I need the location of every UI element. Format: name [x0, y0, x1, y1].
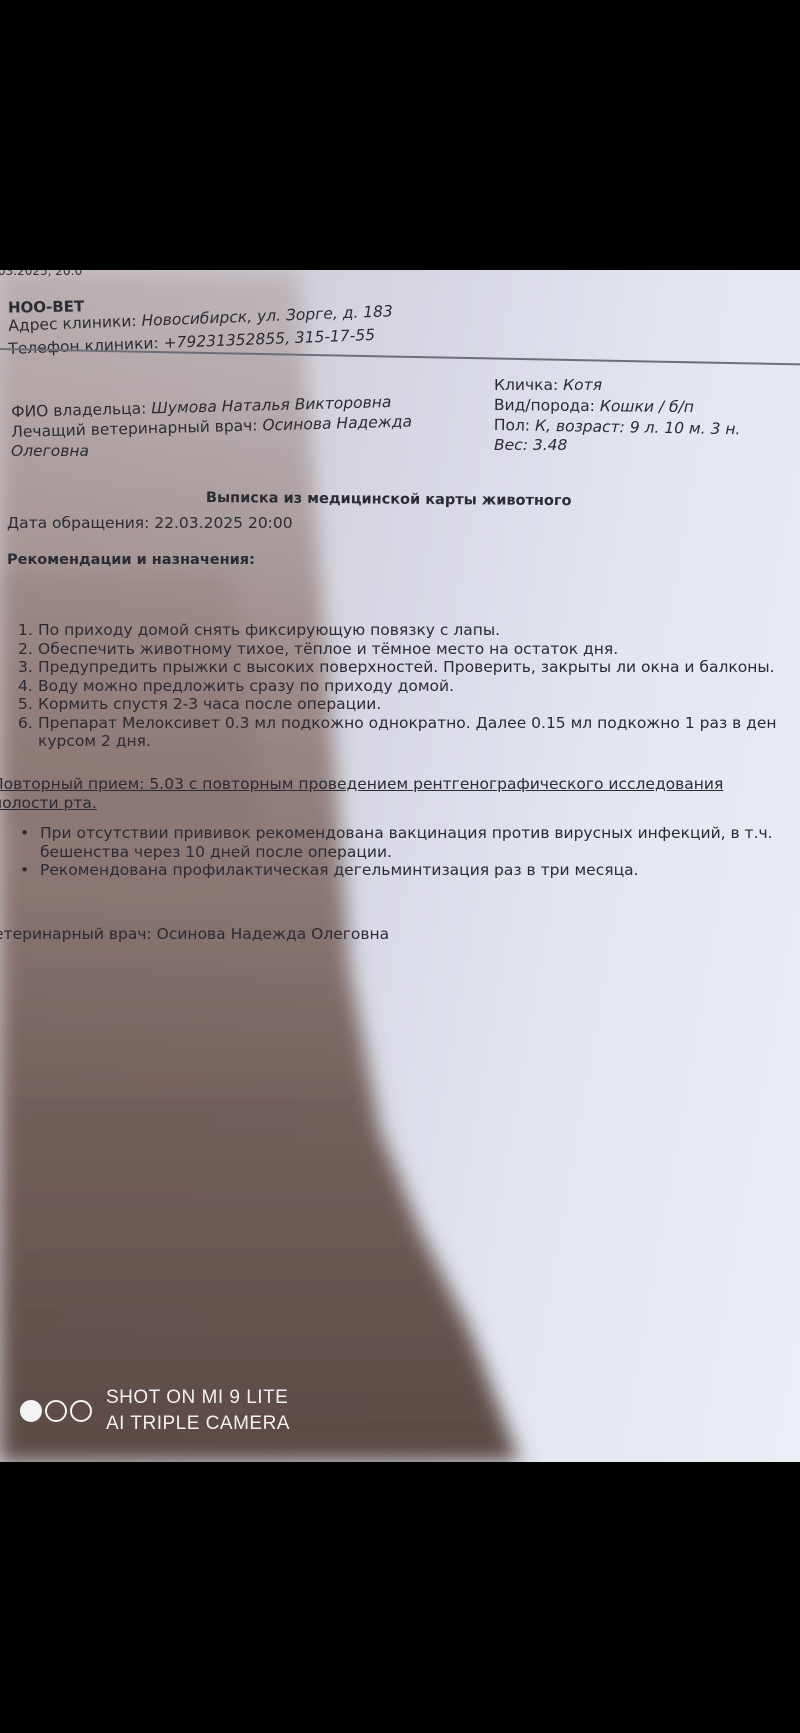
list-number: 1. [18, 621, 33, 640]
pet-species-label: Вид/порода: [494, 396, 595, 415]
note-text: бешенства через 10 дней после операции. [40, 843, 392, 861]
clinic-phone-value: +79231352855, 315-17-55 [163, 326, 375, 352]
recommendations-list: 1.По приходу домой снять фиксирующую пов… [18, 621, 777, 751]
list-number: 2. [18, 640, 33, 659]
list-item: 2.Обеспечить животному тихое, тёплое и т… [18, 640, 777, 659]
triple-camera-circles-icon [20, 1400, 92, 1422]
recommendations-heading: Рекомендации и назначения: [7, 552, 255, 568]
list-text: Предупредить прыжки с высоких поверхност… [38, 658, 775, 676]
pet-species-line: Вид/порода: Кошки / б/п [494, 396, 694, 416]
note-text: При отсутствии прививок рекомендована ва… [40, 824, 773, 842]
follow-up-line: полости рта. [0, 794, 723, 813]
vet-discharge-document: 03.2025, 20:0 НОО-ВЕТ Адрес клиники: Нов… [0, 270, 800, 1462]
clinic-phone-label: Телефон клиники: [8, 334, 159, 358]
vet-label: Лечащий ветеринарный врач: [11, 417, 258, 441]
watermark-line: AI TRIPLE CAMERA [106, 1411, 290, 1437]
pet-weight-value: 3.48 [533, 436, 568, 454]
list-number: 5. [18, 695, 33, 714]
camera-watermark: SHOT ON MI 9 LITE AI TRIPLE CAMERA [20, 1385, 290, 1437]
list-text: По приходу домой снять фиксирующую повяз… [38, 621, 500, 639]
pet-weight-label: Вес: [494, 436, 528, 454]
pet-name-value: Котя [563, 376, 602, 394]
pet-sex-label: Пол: [494, 416, 531, 435]
list-text: Кормить спустя 2-3 часа после операции. [38, 695, 381, 713]
pet-name-line: Кличка: Котя [494, 376, 602, 394]
visit-date: Дата обращения: 22.03.2025 20:00 [7, 514, 293, 532]
list-number: 6. [18, 714, 33, 733]
list-item-cont: курсом 2 дня. [18, 732, 777, 751]
pet-weight-line: Вес: 3.48 [494, 436, 567, 454]
cut-off-header: 03.2025, 20:0 [0, 270, 82, 278]
note-item: •Рекомендована профилактическая дегельми… [20, 861, 773, 880]
clinic-address-label: Адрес клиники: [8, 312, 137, 335]
pet-species-value: Кошки / б/п [600, 397, 694, 416]
follow-up-appointment: Повторный прием: 5.03 с повторным провед… [0, 775, 723, 813]
note-text: Рекомендована профилактическая дегельмин… [40, 861, 639, 879]
list-text: Воду можно предложить сразу по приходу д… [38, 677, 454, 695]
circle-outline-icon [70, 1400, 92, 1422]
list-item: 6.Препарат Мелоксивет 0.3 мл подкожно од… [18, 714, 777, 733]
visit-date-label: Дата обращения: [7, 514, 149, 532]
list-text: курсом 2 дня. [38, 732, 151, 750]
signature: етеринарный врач: Осинова Надежда Олегов… [0, 925, 389, 943]
list-text: Препарат Мелоксивет 0.3 мл подкожно одно… [38, 714, 777, 732]
note-item-cont: бешенства через 10 дней после операции. [20, 843, 773, 862]
watermark-line: SHOT ON MI 9 LITE [106, 1385, 290, 1411]
list-item: 1.По приходу домой снять фиксирующую пов… [18, 621, 777, 640]
circle-filled-icon [20, 1400, 42, 1422]
note-item: •При отсутствии прививок рекомендована в… [20, 824, 773, 843]
notes-list: •При отсутствии прививок рекомендована в… [20, 824, 773, 880]
vet-value-cont: Олеговна [11, 442, 89, 460]
list-item: 3.Предупредить прыжки с высоких поверхно… [18, 658, 777, 677]
owner-label: ФИО владельца: [11, 399, 147, 421]
visit-date-value: 22.03.2025 20:00 [154, 514, 292, 532]
pet-name-label: Кличка: [494, 376, 558, 394]
list-number: 3. [18, 658, 33, 677]
watermark-text: SHOT ON MI 9 LITE AI TRIPLE CAMERA [106, 1385, 290, 1437]
document-title: Выписка из медицинской карты животного [206, 490, 572, 509]
vet-value: Осинова Надежда [262, 413, 412, 435]
list-item: 5.Кормить спустя 2-3 часа после операции… [18, 695, 777, 714]
list-number: 4. [18, 677, 33, 696]
list-text: Обеспечить животному тихое, тёплое и тём… [38, 640, 618, 658]
follow-up-line: Повторный прием: 5.03 с повторным провед… [0, 775, 723, 794]
header-divider [0, 348, 800, 366]
circle-outline-icon [45, 1400, 67, 1422]
document-photo: 03.2025, 20:0 НОО-ВЕТ Адрес клиники: Нов… [0, 270, 800, 1462]
list-item: 4.Воду можно предложить сразу по приходу… [18, 677, 777, 696]
pet-sex-age-line: Пол: К, возраст: 9 л. 10 м. 3 н. [494, 416, 741, 438]
bullet-icon: • [20, 824, 29, 843]
bullet-icon: • [20, 861, 29, 880]
